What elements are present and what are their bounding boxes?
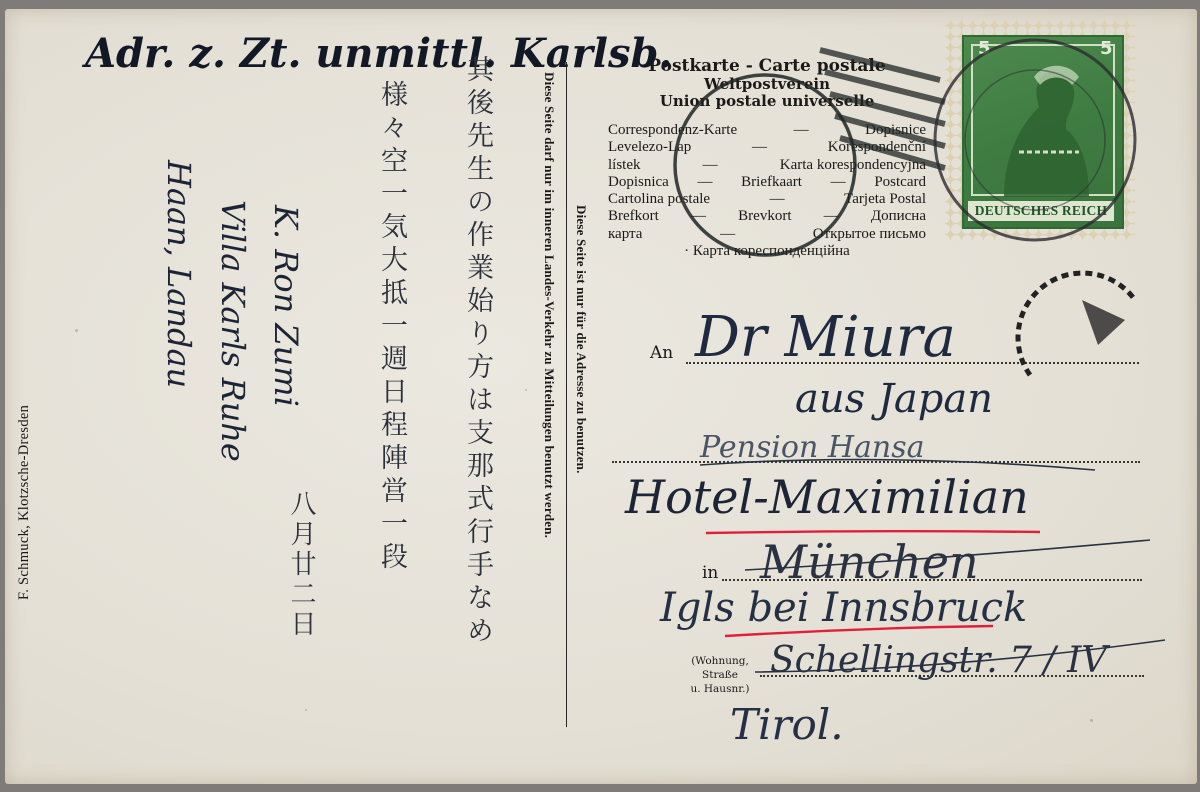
header-subtitle-1: Weltpostverein	[608, 77, 926, 92]
to-label: An	[650, 343, 673, 363]
stamp-country: DEUTSCHES REICH	[968, 201, 1114, 221]
multilingual-term: —	[698, 174, 713, 191]
multilingual-term: Briefkaart	[741, 174, 802, 191]
multilingual-term: Дописна	[871, 208, 926, 225]
header-subtitle-2: Union postale universelle	[608, 94, 926, 109]
multilingual-term: Correspondenz-Karte	[608, 122, 737, 139]
handwritten-recipient: Dr Miura	[695, 305, 956, 370]
multilingual-term: Postcard	[874, 174, 926, 191]
handwritten-hotel: Hotel-Maximilian	[625, 470, 1029, 524]
multilingual-term: —	[831, 174, 846, 191]
multilingual-term: —	[691, 208, 706, 225]
multilingual-line: карта—Открытое письмо	[608, 226, 926, 243]
multilingual-term: Dopisnice	[865, 122, 926, 139]
handwritten-region: Tirol.	[730, 700, 844, 749]
japanese-date: 八月廿二日	[283, 490, 320, 640]
multilingual-term: —	[824, 208, 839, 225]
handwritten-forward-address: Igls bei Innsbruck	[660, 585, 1027, 631]
center-divider-line	[566, 62, 567, 727]
multilingual-line: lístek—Karta korespondencyjna	[608, 157, 926, 174]
stamp-value-left: 5	[978, 38, 991, 59]
multilingual-term: —	[703, 157, 718, 174]
sender-name: K. Ron Zumi	[267, 205, 305, 407]
multilingual-term: Brefkort	[608, 208, 659, 225]
multilingual-term: Cartolina postale	[608, 191, 710, 208]
multilingual-term: Tarjeta Postal	[844, 191, 926, 208]
paper-speck	[305, 709, 307, 711]
multilingual-term: Karta korespondencyjna	[780, 157, 926, 174]
multilingual-line: · Карта кореспонденційна	[608, 243, 926, 260]
multilingual-line: Dopisnica—Briefkaart—Postcard	[608, 174, 926, 191]
japanese-message-line-1: 其後先生の作業始り方は支那式行手なめ	[458, 55, 497, 649]
paper-speck	[1090, 719, 1093, 722]
multilingual-term: Открытое письмо	[813, 226, 926, 243]
multilingual-term: —	[720, 226, 735, 243]
sender-place: Haan, Landau	[160, 160, 198, 388]
stamp-value-right: 5	[1100, 38, 1113, 59]
publisher-imprint: F. Schmuck, Klotzsche-Dresden	[16, 405, 33, 600]
multilingual-line: Cartolina postale—Tarjeta Postal	[608, 191, 926, 208]
handwritten-struck-pension: Pension Hansa	[700, 430, 924, 465]
japanese-message-line-2: 様々空一気大抵一週日程陣営一段	[372, 80, 411, 575]
residence-label: (Wohnung, Straße u. Hausnr.)	[680, 654, 760, 696]
in-label: in	[702, 563, 718, 583]
multilingual-term: Korespondenční	[828, 139, 926, 156]
paper-speck	[525, 389, 527, 391]
multilingual-term: —	[770, 191, 785, 208]
germania-portrait-icon	[964, 37, 1122, 227]
multilingual-term: Brevkort	[738, 208, 791, 225]
sender-villa: Villa Karls Ruhe	[214, 200, 252, 462]
multilingual-line: Brefkort—Brevkort—Дописна	[608, 208, 926, 225]
multilingual-term: Dopisnica	[608, 174, 669, 191]
multilingual-line: Correspondenz-Karte—Dopisnice	[608, 122, 926, 139]
multilingual-postcard-names: Correspondenz-Karte—DopisniceLevelezo-La…	[608, 122, 926, 260]
domestic-use-note: Diese Seite darf nur im inneren Landes-V…	[541, 72, 557, 538]
multilingual-line: Levelezo-Lap—Korespondenční	[608, 139, 926, 156]
multilingual-term: Levelezo-Lap	[608, 139, 691, 156]
multilingual-term: —	[794, 122, 809, 139]
postage-stamp	[962, 35, 1124, 229]
handwritten-recipient-origin: aus Japan	[795, 376, 993, 422]
multilingual-term: —	[752, 139, 767, 156]
multilingual-term: карта	[608, 226, 642, 243]
handwritten-forward-note: Adr. z. Zt. unmittl. Karlsb.	[85, 30, 672, 77]
handwritten-struck-city: München	[760, 535, 979, 589]
handwritten-struck-street: Schellingstr. 7 / IV	[770, 640, 1107, 681]
address-only-note: Diese Seite ist nur für die Adresse zu b…	[573, 205, 589, 474]
multilingual-term: · Карта кореспонденційна	[684, 243, 850, 260]
multilingual-term: lístek	[608, 157, 641, 174]
paper-speck	[75, 329, 78, 332]
